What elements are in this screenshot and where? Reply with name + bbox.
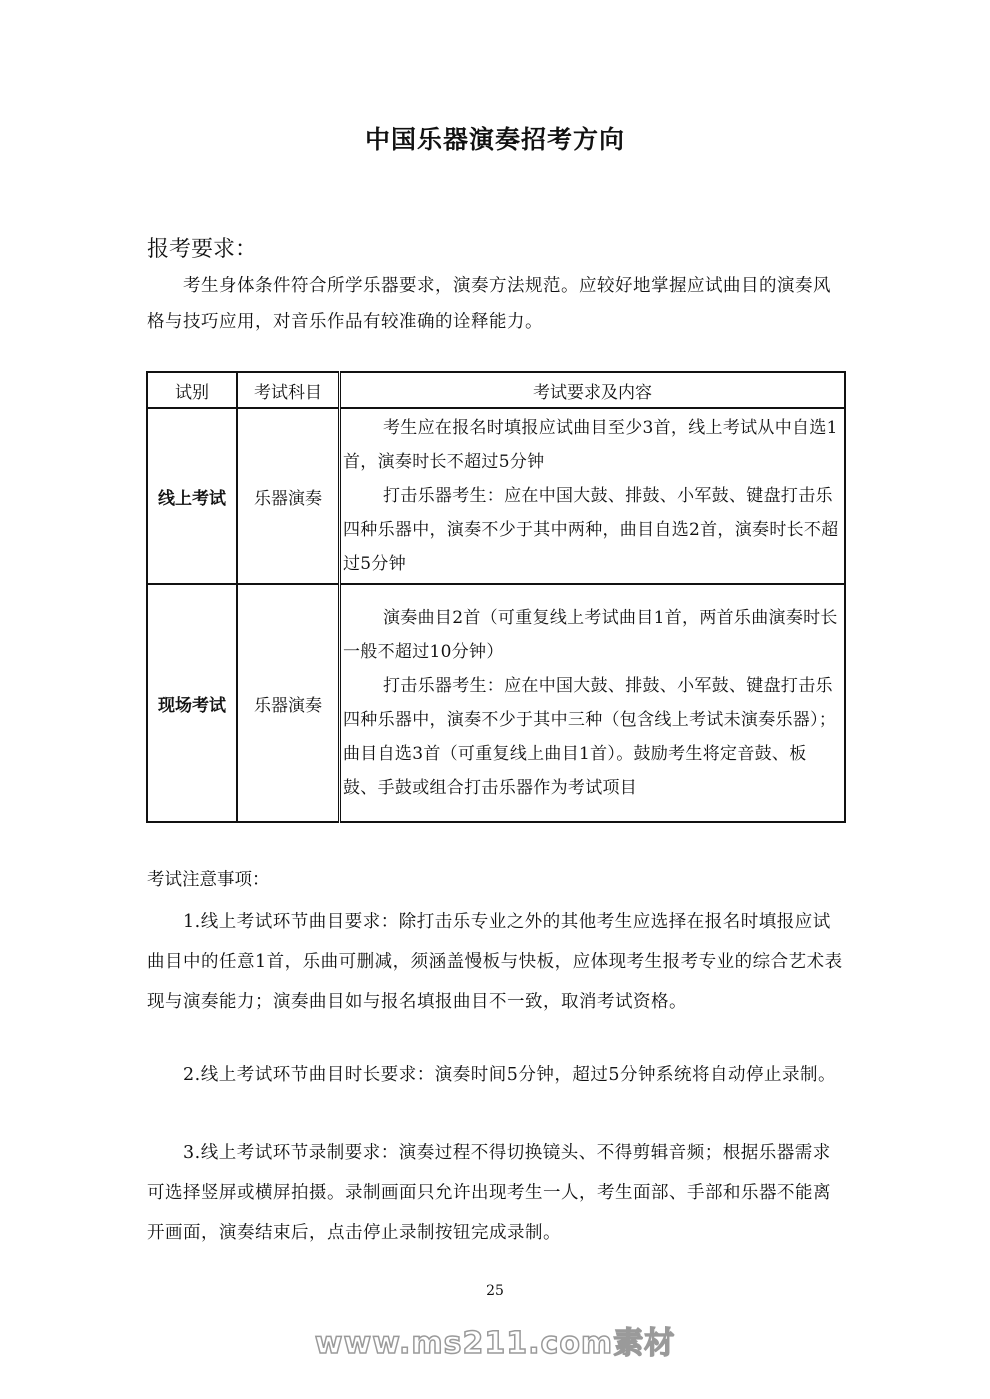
content-paragraph: 考生应在报名时填报应试曲目至少3首，线上考试从中自选1首，演奏时长不超过5分钟 (343, 411, 840, 479)
note-text: 2.线上考试环节曲目时长要求：演奏时间5分钟，超过5分钟系统将自动停止录制。 (147, 1055, 847, 1095)
table-header-row: 试别 考试科目 考试要求及内容 (147, 372, 845, 408)
exam-subject-cell: 乐器演奏 (237, 408, 340, 584)
note-text: 1.线上考试环节曲目要求：除打击乐专业之外的其他考生应选择在报名时填报应试曲目中… (147, 902, 847, 1022)
exam-content-cell: 演奏曲目2首（可重复线上考试曲目1首，两首乐曲演奏时长一般不超过10分钟） 打击… (340, 584, 846, 822)
note-item: 2.线上考试环节曲目时长要求：演奏时间5分钟，超过5分钟系统将自动停止录制。 (147, 1055, 847, 1095)
exam-type-cell: 线上考试 (147, 408, 237, 584)
page-number: 25 (0, 1283, 990, 1299)
notes-heading: 考试注意事项： (147, 866, 270, 891)
page-title: 中国乐器演奏招考方向 (0, 120, 990, 156)
table-header: 试别 (147, 372, 237, 408)
content-paragraph: 演奏曲目2首（可重复线上考试曲目1首，两首乐曲演奏时长一般不超过10分钟） (343, 601, 840, 669)
exam-subject-cell: 乐器演奏 (237, 584, 340, 822)
content-paragraph: 打击乐器考生：应在中国大鼓、排鼓、小军鼓、键盘打击乐四种乐器中，演奏不少于其中三… (343, 669, 840, 805)
note-item: 3.线上考试环节录制要求：演奏过程不得切换镜头、不得剪辑音频；根据乐器需求可选择… (147, 1133, 847, 1253)
requirements-paragraph: 考生身体条件符合所学乐器要求，演奏方法规范。应较好地掌握应试曲目的演奏风格与技巧… (147, 268, 847, 340)
table-header: 考试科目 (237, 372, 340, 408)
table-header: 考试要求及内容 (340, 372, 846, 408)
note-text: 3.线上考试环节录制要求：演奏过程不得切换镜头、不得剪辑音频；根据乐器需求可选择… (147, 1133, 847, 1253)
note-item: 1.线上考试环节曲目要求：除打击乐专业之外的其他考生应选择在报名时填报应试曲目中… (147, 902, 847, 1022)
table-row: 现场考试 乐器演奏 演奏曲目2首（可重复线上考试曲目1首，两首乐曲演奏时长一般不… (147, 584, 845, 822)
watermark: www.ms211.com素材 (0, 1318, 990, 1362)
content-paragraph: 打击乐器考生：应在中国大鼓、排鼓、小军鼓、键盘打击乐四种乐器中，演奏不少于其中两… (343, 479, 840, 581)
requirements-heading: 报考要求： (147, 232, 257, 263)
exam-content-cell: 考生应在报名时填报应试曲目至少3首，线上考试从中自选1首，演奏时长不超过5分钟 … (340, 408, 846, 584)
table-row: 线上考试 乐器演奏 考生应在报名时填报应试曲目至少3首，线上考试从中自选1首，演… (147, 408, 845, 584)
exam-table: 试别 考试科目 考试要求及内容 线上考试 乐器演奏 考生应在报名时填报应试曲目至… (146, 371, 846, 823)
requirements-text: 考生身体条件符合所学乐器要求，演奏方法规范。应较好地掌握应试曲目的演奏风格与技巧… (147, 276, 831, 332)
exam-type-cell: 现场考试 (147, 584, 237, 822)
